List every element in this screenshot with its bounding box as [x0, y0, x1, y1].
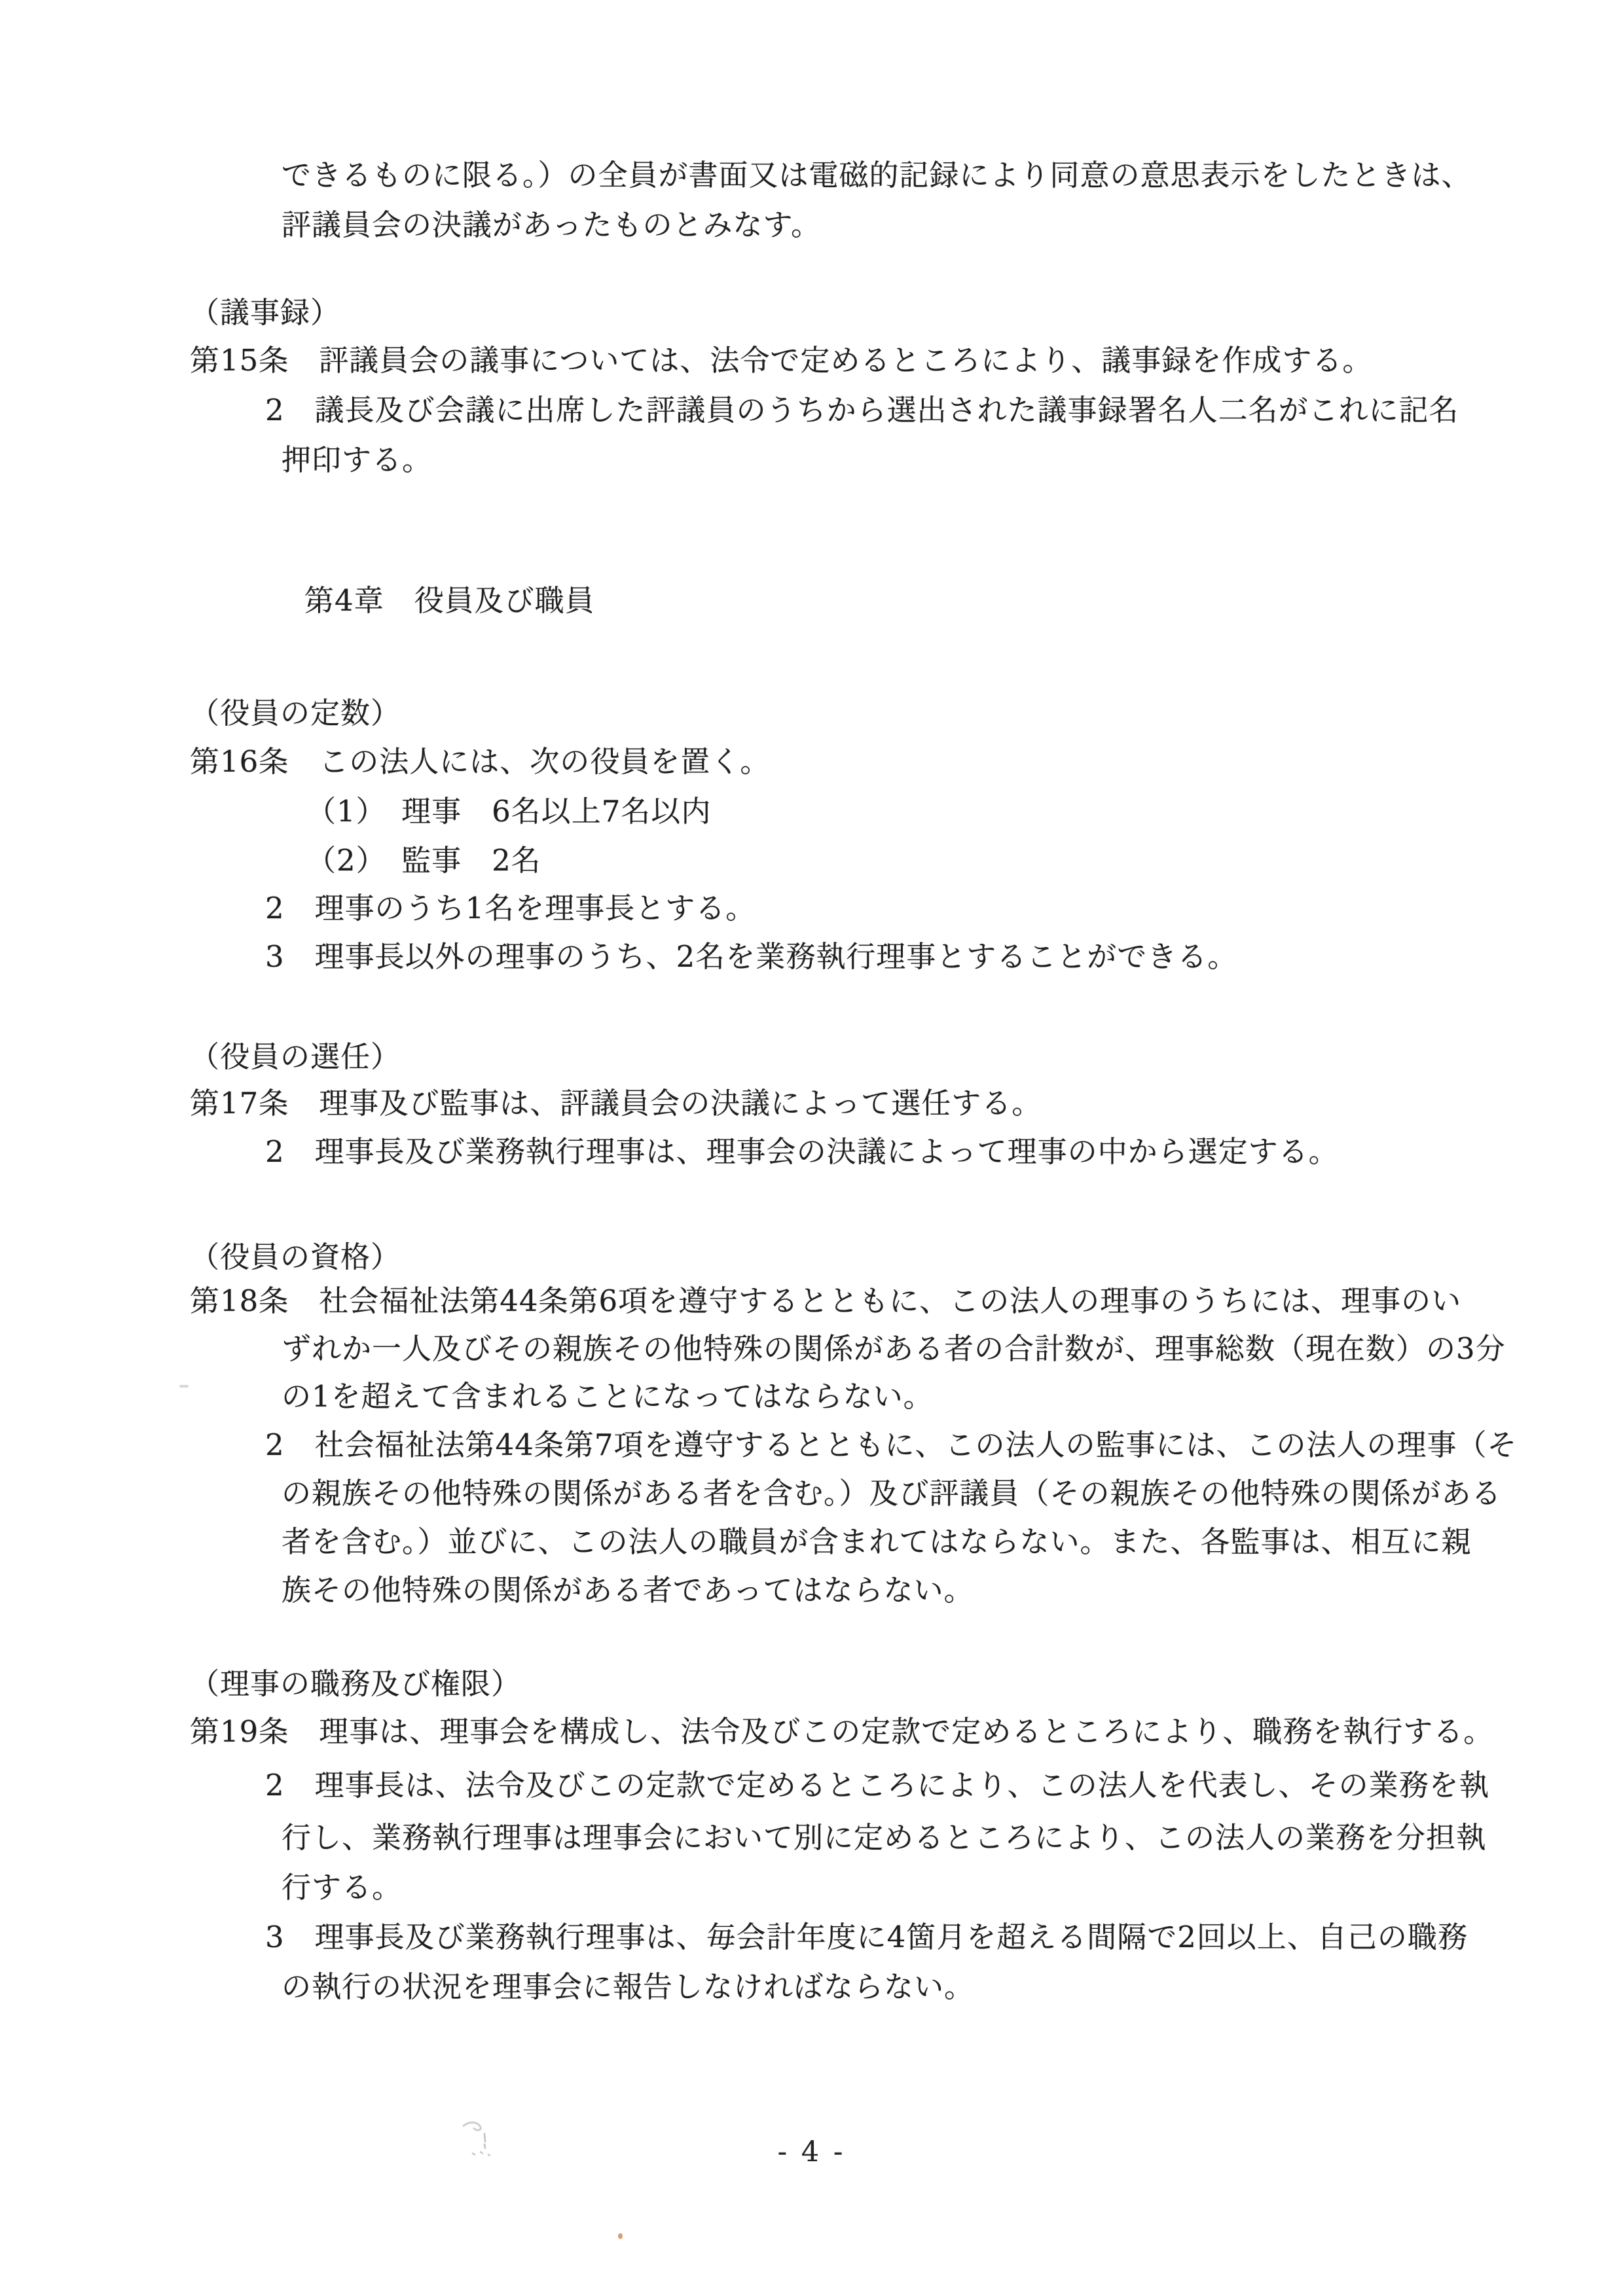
chapter-4-heading: 第4章 役員及び職員: [304, 583, 595, 619]
section-heading-officer-election: （役員の選任）: [190, 1039, 401, 1075]
article-17-line: 第17条 理事及び監事は、評議員会の決議によって選任する。: [190, 1085, 1042, 1122]
section-heading-officer-count: （役員の定数）: [190, 695, 401, 732]
article-18-para-1-line-3: の1を超えて含まれることになってはならない。: [282, 1378, 934, 1415]
scan-dot-artifact: [618, 2233, 623, 2239]
article-16-item-2: （2） 監事 2名: [306, 842, 541, 879]
article-15-para-2-line-1: 2 議長及び会議に出席した評議員のうちから選出された議事録署名人二名がこれに記名: [265, 392, 1459, 429]
article-15-line: 第15条 評議員会の議事については、法令で定めるところにより、議事録を作成する。: [190, 342, 1372, 379]
page-number: - 4 -: [0, 2135, 1623, 2169]
section-heading-officer-qualification: （役員の資格）: [190, 1239, 401, 1276]
section-heading-minutes: （議事録）: [190, 295, 340, 331]
article-17-para-2: 2 理事長及び業務執行理事は、理事会の決議によって理事の中から選定する。: [265, 1134, 1339, 1170]
article-16-line: 第16条 この法人には、次の役員を置く。: [190, 744, 770, 780]
article-16-item-1: （1） 理事 6名以上7名以内: [306, 793, 711, 830]
article-16-para-3: 3 理事長以外の理事のうち、2名を業務執行理事とすることができる。: [265, 939, 1237, 975]
article-14-continuation-line-2: 評議員会の決議があったものとみなす。: [282, 207, 821, 243]
article-19-para-3-line-1: 3 理事長及び業務執行理事は、毎会計年度に4箇月を超える間隔で2回以上、自己の職…: [265, 1919, 1468, 1956]
article-15-para-2-line-2: 押印する。: [282, 442, 432, 478]
section-heading-director-duties: （理事の職務及び権限）: [190, 1666, 521, 1702]
article-14-continuation-line-1: できるものに限る。）の全員が書面又は電磁的記録により同意の意思表示をしたときは、: [282, 157, 1472, 194]
article-18-para-1-line-2: ずれか一人及びその親族その他特殊の関係がある者の合計数が、理事総数（現在数）の3…: [282, 1331, 1506, 1367]
article-19-para-3-line-2: の執行の状況を理事会に報告しなければならない。: [282, 1969, 974, 2005]
scanned-document-page: できるものに限る。）の全員が書面又は電磁的記録により同意の意思表示をしたときは、…: [0, 0, 1623, 2296]
article-19-para-2-line-3: 行する。: [282, 1869, 402, 1906]
article-18-para-2-line-2: の親族その他特殊の関係がある者を含む。）及び評議員（その親族その他特殊の関係があ…: [282, 1475, 1502, 1512]
article-18-para-2-line-1: 2 社会福祉法第44条第7項を遵守するとともに、この法人の監事には、この法人の理…: [265, 1427, 1518, 1463]
article-16-para-2: 2 理事のうち1名を理事長とする。: [265, 890, 756, 927]
article-19-para-1: 第19条 理事は、理事会を構成し、法令及びこの定款で定めるところにより、職務を執…: [190, 1713, 1493, 1750]
scan-tick-artifact: [179, 1385, 189, 1388]
article-18-para-2-line-4: 族その他特殊の関係がある者であってはならない。: [282, 1572, 974, 1609]
article-19-para-2-line-1: 2 理事長は、法令及びこの定款で定めるところにより、この法人を代表し、その業務を…: [265, 1767, 1489, 1804]
article-18-para-2-line-3: 者を含む。）並びに、この法人の職員が含まれてはならない。また、各監事は、相互に親: [282, 1524, 1472, 1560]
article-19-para-2-line-2: 行し、業務執行理事は理事会において別に定めるところにより、この法人の業務を分担執: [282, 1820, 1486, 1856]
scan-smudge-artifact: [458, 2119, 504, 2159]
article-18-para-1-line-1: 第18条 社会福祉法第44条第6項を遵守するとともに、この法人の理事のうちには、…: [190, 1283, 1461, 1319]
